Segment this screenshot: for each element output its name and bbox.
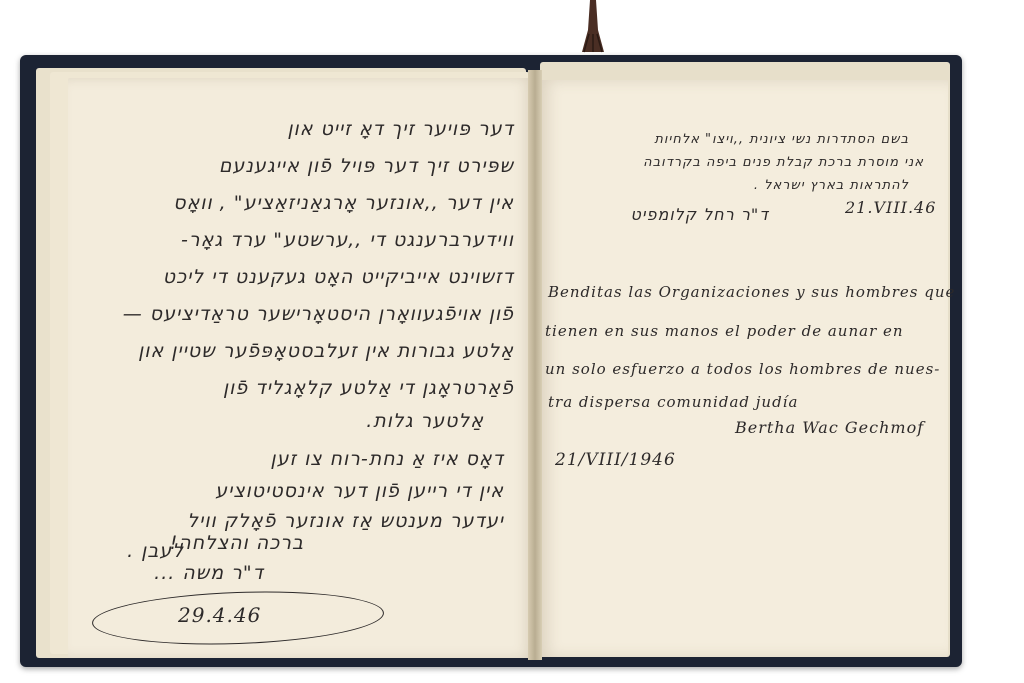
spanish-line-2: tienen en sus manos el poder de aunar en [545,322,904,340]
left-line-2: שפּירט זיך דער פּויל פֿון אייגענעם [219,155,514,177]
left-line-5: דזשוינט אייביקייט האָט געקענט די ליכט [163,266,514,288]
left-line-9: אַלטער גלות. [366,410,484,432]
left-date: 29.4.46 [178,603,261,627]
hebrew-line-2: אני מוסרת ברכת קבלת פנים ביפה בקרדובה [643,155,924,170]
hebrew-line-1: בשם הסתדרות נשי ציונית ,,ויצו" אלחיות [654,132,909,147]
left-line-3: אין דער ,,אונזער אָרגאַניזאַציע" , וואָס [173,192,514,214]
spanish-line-4: tra dispersa comunidad judía [548,393,798,411]
spanish-signature: Bertha Wac Gechmof [735,418,924,437]
book-gutter [528,70,542,660]
left-signature: ד"ר משה ... [154,562,264,584]
left-line-11: אין די רייען פֿון דער אינסטיטוציע [215,480,504,502]
spanish-line-3: un solo esfuerzo a todos los hombres de … [545,360,940,378]
left-line-8: פֿאַרטראָגן די אַלטע קלאָגליד פֿון [223,377,514,399]
left-line-1: דער פּויער זיך דאָ זייט און [287,118,514,140]
left-line-7: אַלטע גבורות אין זעלבסטאָפּפֿער שטיין או… [138,340,514,362]
bookmark-tassel [580,0,606,55]
left-line-14: ברכה והצלחה! [170,532,304,554]
left-line-10: דאָס איז אַ נחת-רוח צו זען [270,448,504,470]
spanish-date: 21/VIII/1946 [555,450,676,470]
left-line-6: פֿון אויפֿגעוואָרן היסטאָרישער טראַדיציע… [123,303,514,325]
spanish-line-1: Benditas las Organizaciones y sus hombre… [548,283,955,301]
hebrew-date: 21.VIII.46 [845,198,936,217]
hebrew-line-3: להתראות בארץ ישראל . [754,178,909,193]
hebrew-signature: ד"ר רחל קלומפיט [631,205,770,224]
left-line-4: ווידערברענגט די ,,ערשטע" ערד גאָר- [181,229,514,251]
left-line-12: יעדער מענטש אַז אונזער פֿאָלק וויל [187,510,504,532]
